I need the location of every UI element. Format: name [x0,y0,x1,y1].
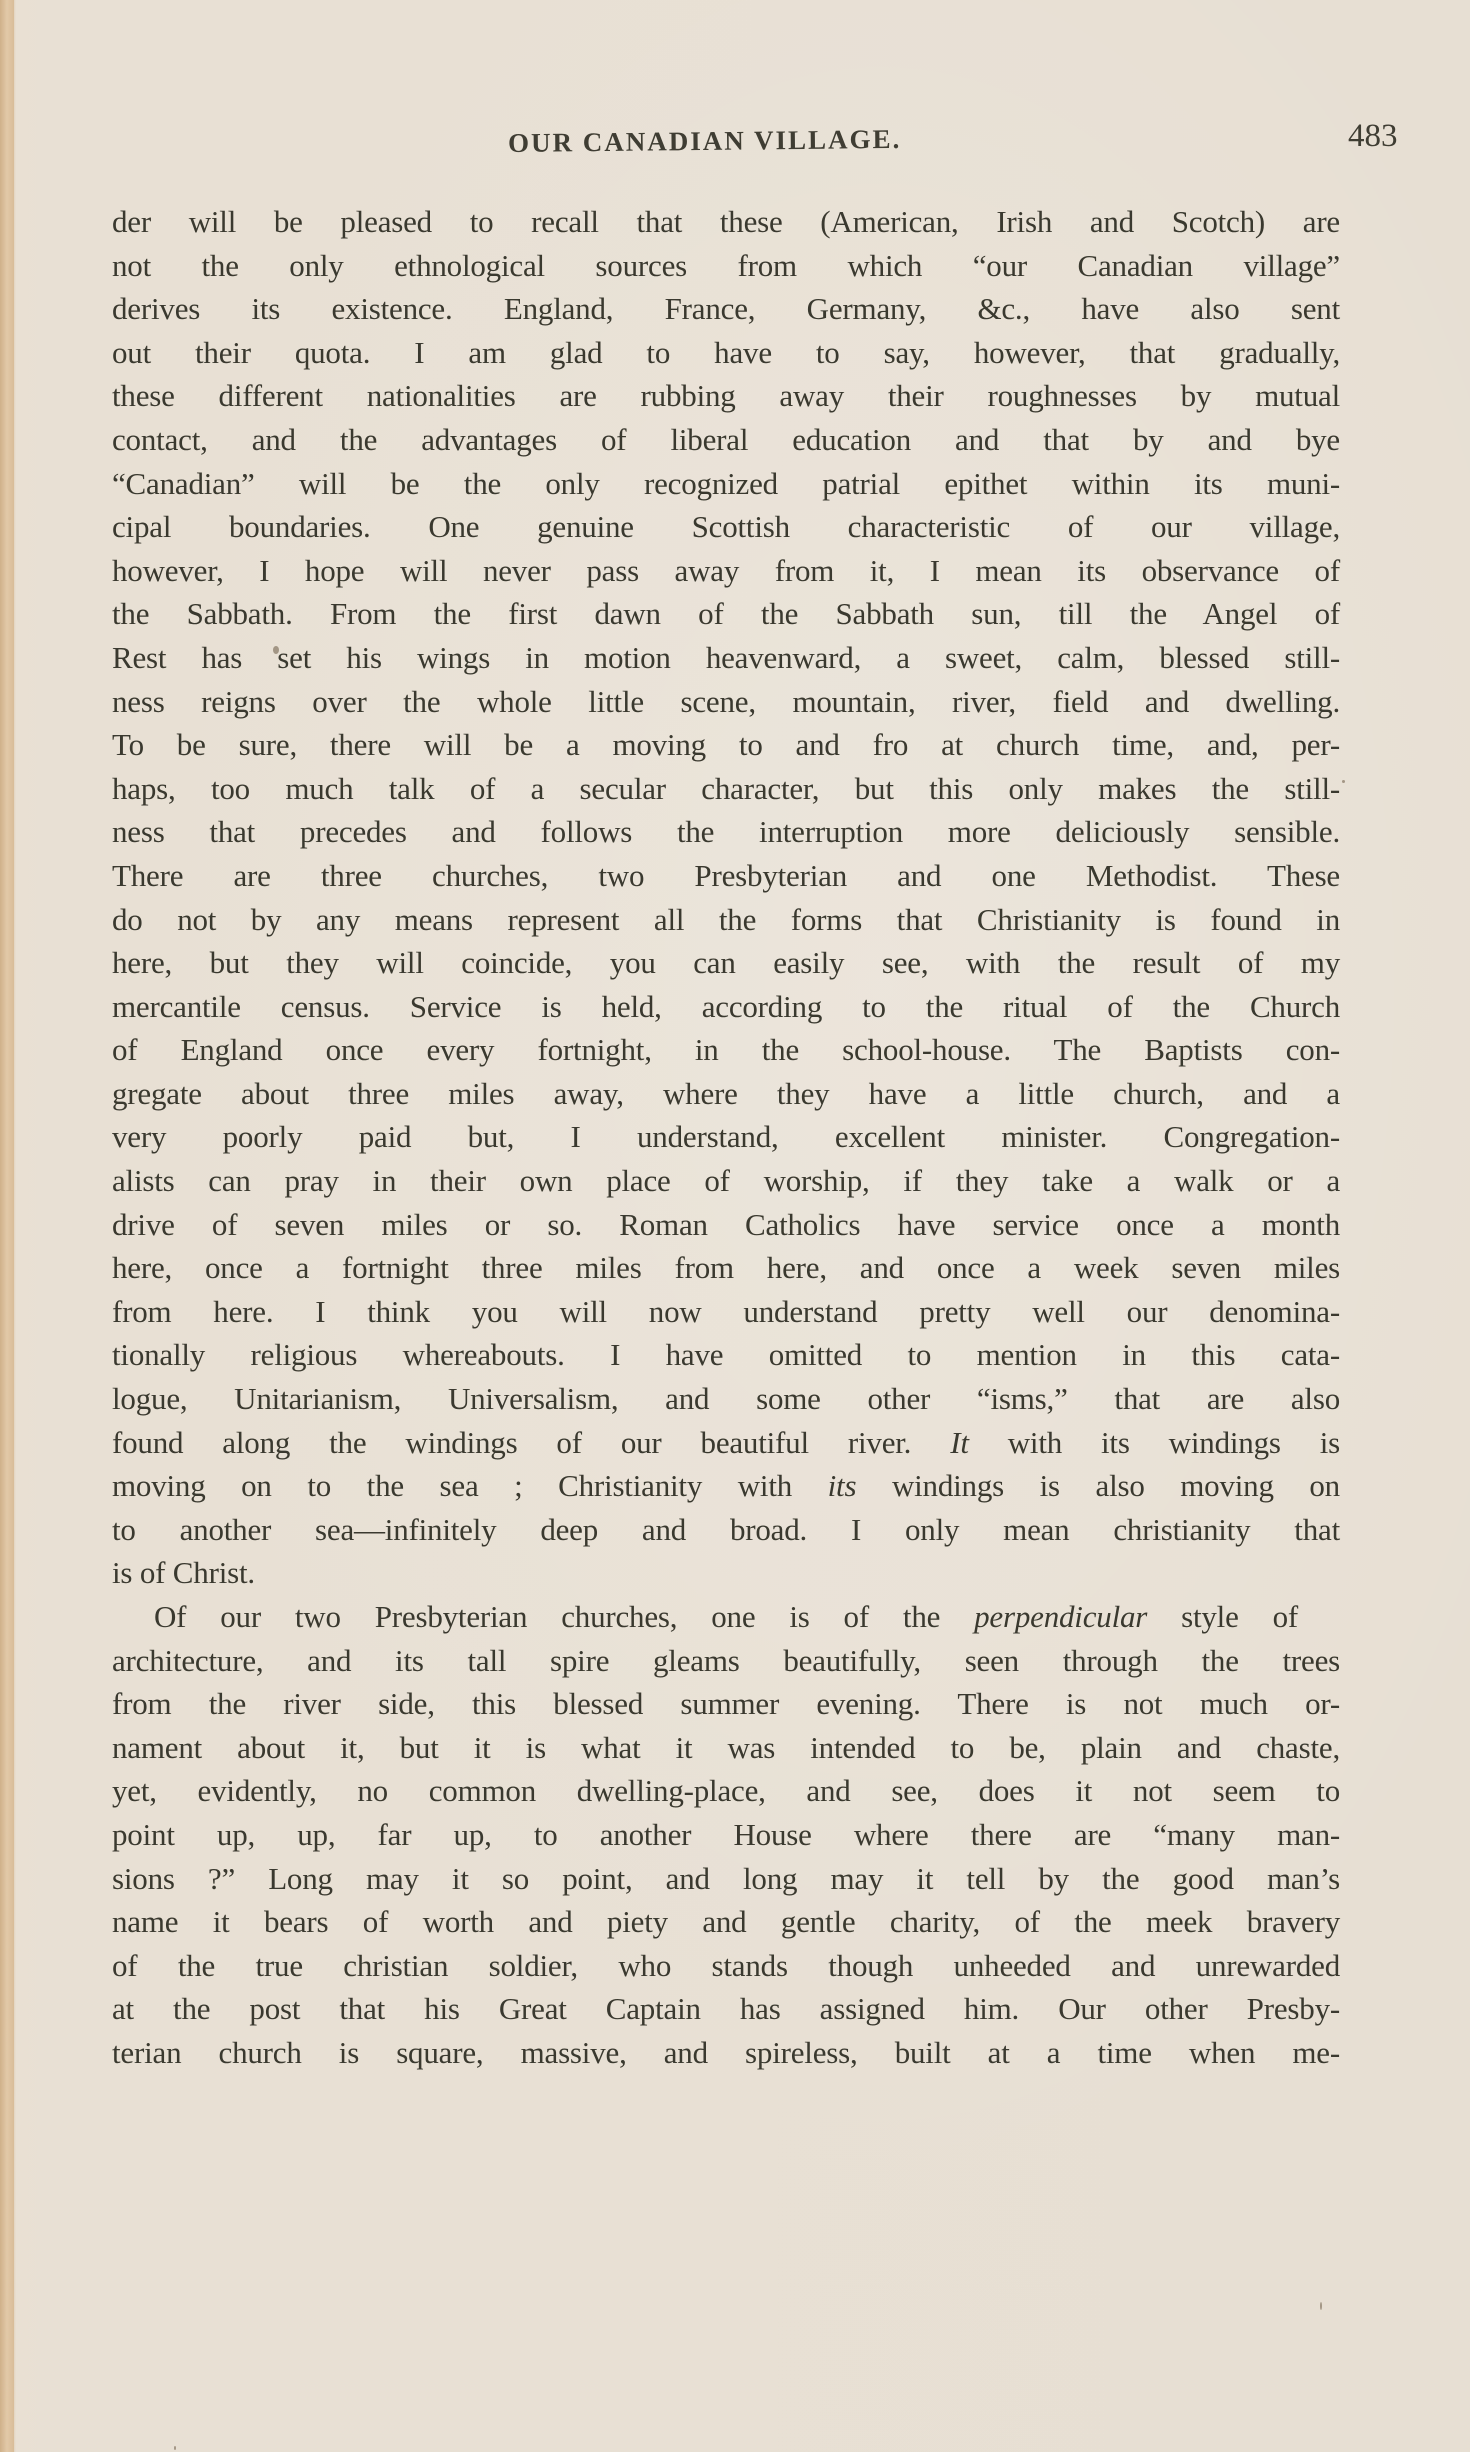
text-line: of England once every fortnight, in the … [112,1028,1340,1072]
text-line: of the true christian soldier, who stand… [112,1944,1340,1988]
ink-speck [1320,2302,1322,2310]
paragraph-2: Of our two Presbyterian churches, one is… [112,1595,1340,2075]
text-line: To be sure, there will be a moving to an… [112,723,1340,767]
text-line: here, but they will coincide, you can ea… [112,941,1340,985]
page-spine-edge [0,0,14,2452]
text-line: nament about it, but it is what it was i… [112,1726,1340,1770]
text-line: point up, up, far up, to another House w… [112,1813,1340,1857]
text-line: the Sabbath. From the first dawn of the … [112,592,1340,636]
text-line: contact, and the advantages of liberal e… [112,418,1340,462]
ink-speck [273,646,279,654]
text-line: not the only ethnological sources from w… [112,244,1340,288]
running-header: OUR CANADIAN VILLAGE. 483 [0,118,1470,168]
scanned-book-page: OUR CANADIAN VILLAGE. 483 der will be pl… [0,0,1470,2452]
paragraph-1: der will be pleased to recall that these… [112,200,1340,1595]
body-text: der will be pleased to recall that these… [112,200,1340,2075]
text-line: sions ?” Long may it so point, and long … [112,1857,1340,1901]
text-line-final: is of Christ. [112,1551,1340,1595]
text-line: der will be pleased to recall that these… [112,200,1340,244]
text-line: name it bears of worth and piety and gen… [112,1900,1340,1944]
text-line: to another sea—infinitely deep and broad… [112,1508,1340,1552]
text-line: terian church is square, massive, and sp… [112,2031,1340,2075]
text-line: gregate about three miles away, where th… [112,1072,1340,1116]
ink-speck [174,2446,176,2450]
italic-emphasis: its [828,1468,857,1503]
ink-speck [1342,780,1345,783]
text-line: from here. I think you will now understa… [112,1290,1340,1334]
text-line: There are three churches, two Presbyteri… [112,854,1340,898]
text-line: mercantile census. Service is held, acco… [112,985,1340,1029]
italic-emphasis: It [950,1425,969,1460]
text-line: from the river side, this blessed summer… [112,1682,1340,1726]
text-line: yet, evidently, no common dwelling-place… [112,1769,1340,1813]
text-line: these different nationalities are rubbin… [112,374,1340,418]
text-line: here, once a fortnight three miles from … [112,1246,1340,1290]
text-line-italic: moving on to the sea ; Christianity with… [112,1464,1340,1508]
text-line: derives its existence. England, France, … [112,287,1340,331]
page-number: 483 [1348,118,1398,155]
text-line: however, I hope will never pass away fro… [112,549,1340,593]
text-line: Rest has set his wings in motion heavenw… [112,636,1340,680]
text-line: haps, too much talk of a secular charact… [112,767,1340,811]
text-line: at the post that his Great Captain has a… [112,1987,1340,2031]
text-line: architecture, and its tall spire gleams … [112,1639,1340,1683]
text-line: logue, Unitarianism, Universalism, and s… [112,1377,1340,1421]
text-line: ness reigns over the whole little scene,… [112,680,1340,724]
text-line: alists can pray in their own place of wo… [112,1159,1340,1203]
italic-emphasis: perpendicular [974,1599,1147,1634]
text-line: cipal boundaries. One genuine Scottish c… [112,505,1340,549]
text-line: “Canadian” will be the only recognized p… [112,462,1340,506]
text-line: do not by any means represent all the fo… [112,898,1340,942]
text-line: very poorly paid but, I understand, exce… [112,1115,1340,1159]
running-title: OUR CANADIAN VILLAGE. [508,124,902,159]
text-line-italic: Of our two Presbyterian churches, one is… [112,1595,1340,1639]
text-line-italic: found along the windings of our beautifu… [112,1421,1340,1465]
text-line: ness that precedes and follows the inter… [112,810,1340,854]
text-line: drive of seven miles or so. Roman Cathol… [112,1203,1340,1247]
text-line: out their quota. I am glad to have to sa… [112,331,1340,375]
text-line: tionally religious whereabouts. I have o… [112,1333,1340,1377]
